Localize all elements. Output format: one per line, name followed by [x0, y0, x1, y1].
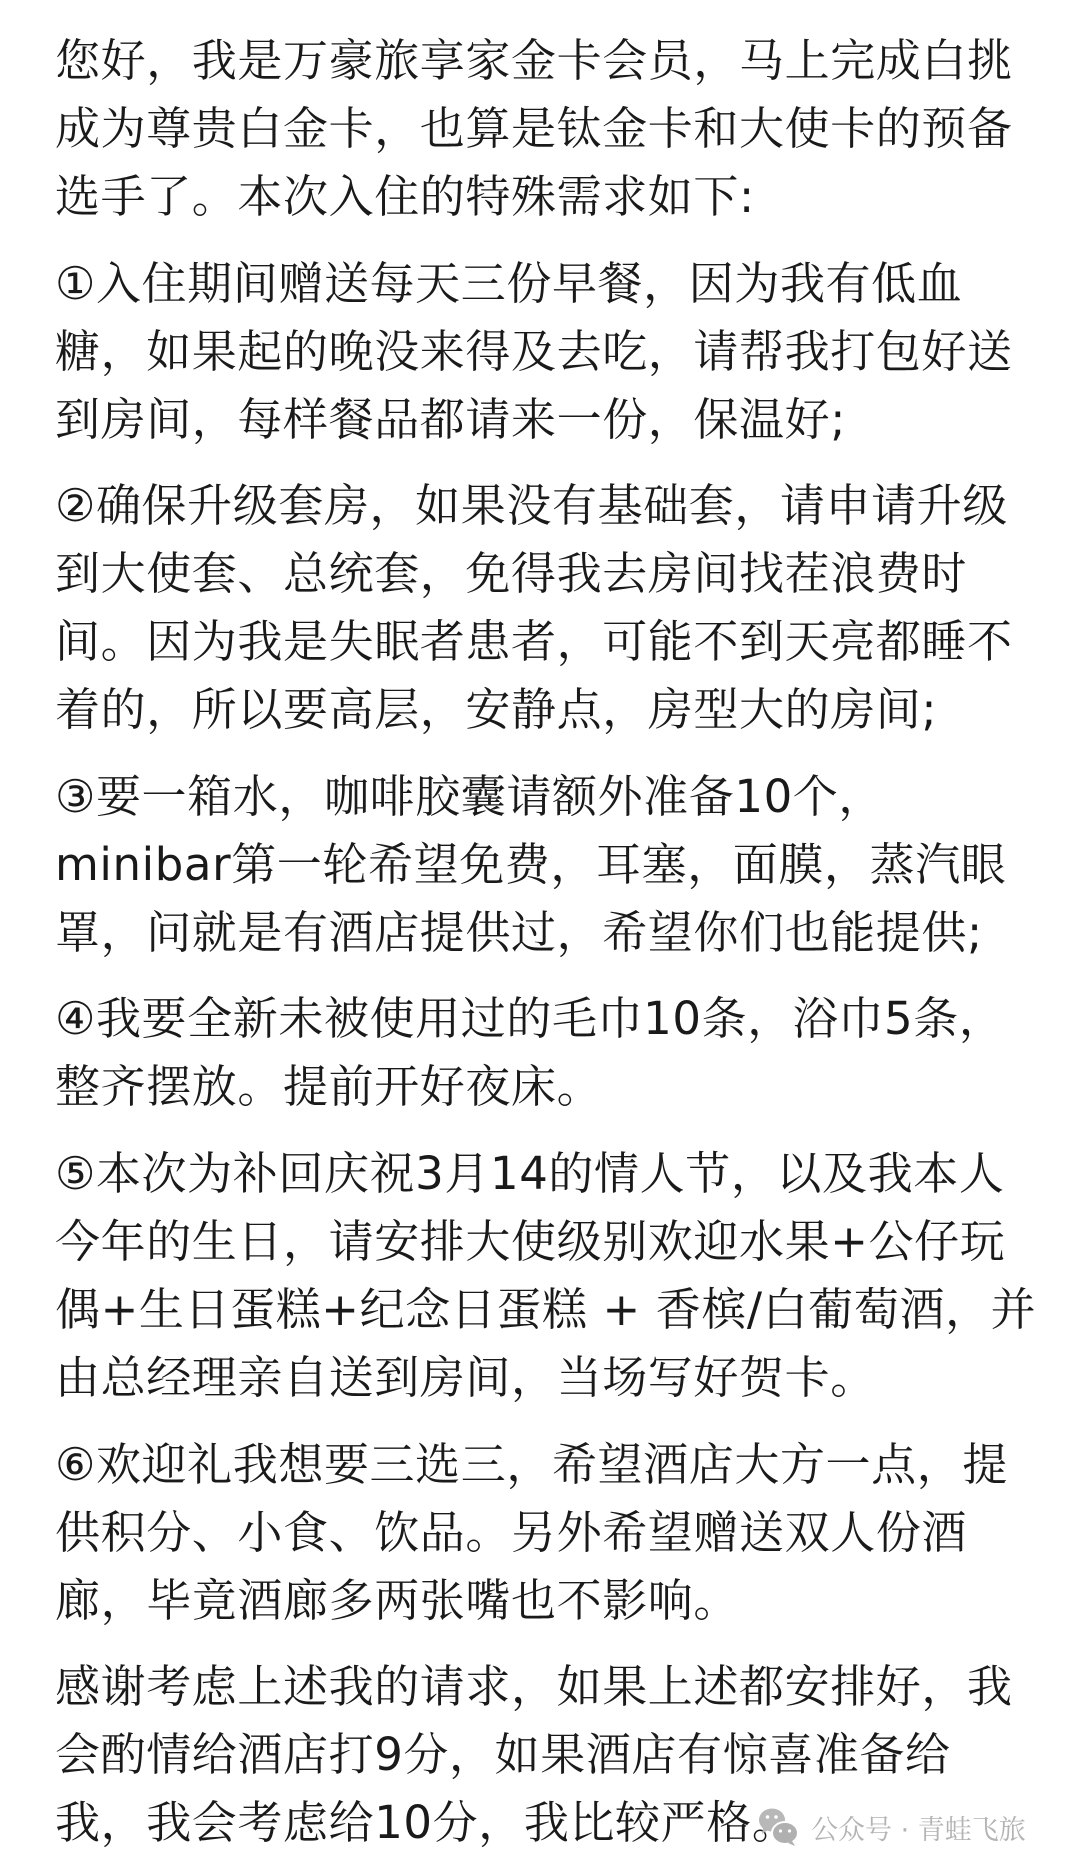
- text-line: 到房间，每样餐品都请来一份，保温好;: [55, 386, 1055, 454]
- paragraph-request-4: ④我要全新未被使用过的毛巾10条，浴巾5条， 整齐摆放。提前开好夜床。: [55, 985, 1055, 1121]
- paragraph-request-1: ①入住期间赠送每天三份早餐，因为我有低血 糖，如果起的晚没来得及去吃，请帮我打包…: [55, 250, 1055, 454]
- paragraph-intro: 您好，我是万豪旅享家金卡会员，马上完成白挑 成为尊贵白金卡，也算是钛金卡和大使卡…: [55, 27, 1055, 231]
- text-line: 今年的生日，请安排大使级别欢迎水果+公仔玩: [55, 1208, 1055, 1276]
- text-line: 整齐摆放。提前开好夜床。: [55, 1053, 1055, 1121]
- text-line: ⑥欢迎礼我想要三选三，希望酒店大方一点，提: [55, 1431, 1055, 1499]
- text-line: ④我要全新未被使用过的毛巾10条，浴巾5条，: [55, 985, 1055, 1053]
- paragraph-request-2: ②确保升级套房，如果没有基础套，请申请升级 到大使套、总统套，免得我去房间找茬浪…: [55, 472, 1055, 744]
- paragraph-request-6: ⑥欢迎礼我想要三选三，希望酒店大方一点，提 供积分、小食、饮品。另外希望赠送双人…: [55, 1431, 1055, 1635]
- text-line: 到大使套、总统套，免得我去房间找茬浪费时: [55, 540, 1055, 608]
- text-line: 感谢考虑上述我的请求，如果上述都安排好，我: [55, 1653, 1055, 1721]
- text-line: 偶+生日蛋糕+纪念日蛋糕 + 香槟/白葡萄酒，并: [55, 1276, 1055, 1344]
- text-line: 糖，如果起的晚没来得及去吃，请帮我打包好送: [55, 318, 1055, 386]
- watermark-label: 公众号 · 青蛙飞旅: [811, 1808, 1026, 1847]
- document-body: 您好，我是万豪旅享家金卡会员，马上完成白挑 成为尊贵白金卡，也算是钛金卡和大使卡…: [55, 27, 1055, 1869]
- text-line: ③要一箱水，咖啡胶囊请额外准备10个，: [55, 763, 1055, 831]
- paragraph-request-3: ③要一箱水，咖啡胶囊请额外准备10个， minibar第一轮希望免费，耳塞，面膜…: [55, 763, 1055, 967]
- text-line: ①入住期间赠送每天三份早餐，因为我有低血: [55, 250, 1055, 318]
- wechat-icon: [757, 1805, 801, 1849]
- text-line: 由总经理亲自送到房间，当场写好贺卡。: [55, 1344, 1055, 1412]
- text-line: 间。因为我是失眠者患者，可能不到天亮都睡不: [55, 608, 1055, 676]
- text-line: 您好，我是万豪旅享家金卡会员，马上完成白挑: [55, 27, 1055, 95]
- text-line: 成为尊贵白金卡，也算是钛金卡和大使卡的预备: [55, 95, 1055, 163]
- text-line: 会酌情给酒店打9分，如果酒店有惊喜准备给: [55, 1721, 1055, 1789]
- text-line: 廊，毕竟酒廊多两张嘴也不影响。: [55, 1567, 1055, 1635]
- text-line: 供积分、小食、饮品。另外希望赠送双人份酒: [55, 1499, 1055, 1567]
- text-line: 着的，所以要高层，安静点，房型大的房间;: [55, 676, 1055, 744]
- text-line: ②确保升级套房，如果没有基础套，请申请升级: [55, 472, 1055, 540]
- text-line: 罩，问就是有酒店提供过，希望你们也能提供;: [55, 899, 1055, 967]
- text-line: minibar第一轮希望免费，耳塞，面膜，蒸汽眼: [55, 831, 1055, 899]
- watermark: 公众号 · 青蛙飞旅: [757, 1805, 1026, 1849]
- text-line: 选手了。本次入住的特殊需求如下:: [55, 163, 1055, 231]
- text-line: ⑤本次为补回庆祝3月14的情人节，以及我本人: [55, 1140, 1055, 1208]
- paragraph-request-5: ⑤本次为补回庆祝3月14的情人节，以及我本人 今年的生日，请安排大使级别欢迎水果…: [55, 1140, 1055, 1412]
